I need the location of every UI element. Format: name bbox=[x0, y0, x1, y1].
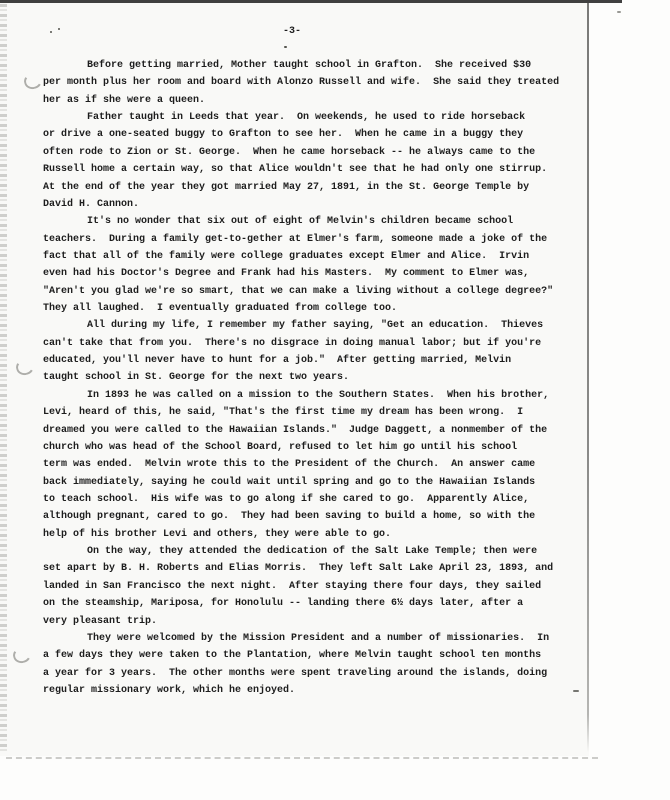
text-line: often rode to Zion or St. George. When h… bbox=[43, 144, 577, 161]
scan-speck bbox=[50, 31, 52, 33]
scan-speck bbox=[617, 11, 621, 13]
text-line: Father taught in Leeds that year. On wee… bbox=[43, 109, 577, 126]
text-line: In 1893 he was called on a mission to th… bbox=[43, 387, 577, 404]
text-line: although pregnant, cared to go. They had… bbox=[43, 508, 577, 525]
binder-hole-mark bbox=[14, 357, 35, 377]
text-line: landed in San Francisco the next night. … bbox=[43, 578, 577, 595]
text-block: Before getting married, Mother taught sc… bbox=[43, 57, 577, 699]
binder-hole-mark bbox=[11, 645, 32, 665]
scanned-page: -3- Before getting married, Mother taugh… bbox=[0, 0, 589, 756]
page-number: -3- bbox=[270, 26, 314, 37]
text-line: It's no wonder that six out of eight of … bbox=[43, 213, 577, 230]
text-line: They were welcomed by the Mission Presid… bbox=[43, 630, 577, 647]
perforation-bottom-edge bbox=[6, 757, 598, 759]
text-line: fact that all of the family were college… bbox=[43, 248, 577, 265]
scan-speck bbox=[58, 28, 60, 30]
text-line: They all laughed. I eventually graduated… bbox=[43, 300, 577, 317]
text-line: term was ended. Melvin wrote this to the… bbox=[43, 456, 577, 473]
text-line: a year for 3 years. The other months wer… bbox=[43, 665, 577, 682]
text-line: back immediately, saying he could wait u… bbox=[43, 474, 577, 491]
text-line: help of his brother Levi and others, the… bbox=[43, 526, 577, 543]
text-line: even had his Doctor's Degree and Frank h… bbox=[43, 265, 577, 282]
text-line: very pleasant trip. bbox=[43, 613, 577, 630]
text-line: David H. Cannon. bbox=[43, 196, 577, 213]
text-line: or drive a one-seated buggy to Grafton t… bbox=[43, 126, 577, 143]
text-line: taught school in St. George for the next… bbox=[43, 369, 577, 386]
scan-speck bbox=[284, 46, 287, 48]
text-line: At the end of the year they got married … bbox=[43, 179, 577, 196]
text-line: on the steamship, Mariposa, for Honolulu… bbox=[43, 595, 577, 612]
spiral-binding-perforation bbox=[0, 4, 7, 754]
binder-hole-mark bbox=[22, 71, 43, 91]
text-line: can't take that from you. There's no dis… bbox=[43, 335, 577, 352]
text-line: Levi, heard of this, he said, "That's th… bbox=[43, 404, 577, 421]
text-line: to teach school. His wife was to go alon… bbox=[43, 491, 577, 508]
text-line: teachers. During a family get-to-gether … bbox=[43, 231, 577, 248]
text-line: Russell home a certain way, so that Alic… bbox=[43, 161, 577, 178]
text-line: per month plus her room and board with A… bbox=[43, 74, 577, 91]
text-line: All during my life, I remember my father… bbox=[43, 317, 577, 334]
text-line: regular missionary work, which he enjoye… bbox=[43, 682, 577, 699]
text-line: "Aren't you glad we're so smart, that we… bbox=[43, 283, 577, 300]
text-line: On the way, they attended the dedication… bbox=[43, 543, 577, 560]
scan-edge-top bbox=[0, 0, 622, 3]
paper-right-edge bbox=[587, 3, 589, 752]
text-line: educated, you'll never have to hunt for … bbox=[43, 352, 577, 369]
text-line: Before getting married, Mother taught sc… bbox=[43, 57, 577, 74]
text-line: her as if she were a queen. bbox=[43, 92, 577, 109]
text-line: dreamed you were called to the Hawaiian … bbox=[43, 422, 577, 439]
text-line: a few days they were taken to the Planta… bbox=[43, 647, 577, 664]
text-line: church who was head of the School Board,… bbox=[43, 439, 577, 456]
text-line: set apart by B. H. Roberts and Elias Mor… bbox=[43, 560, 577, 577]
